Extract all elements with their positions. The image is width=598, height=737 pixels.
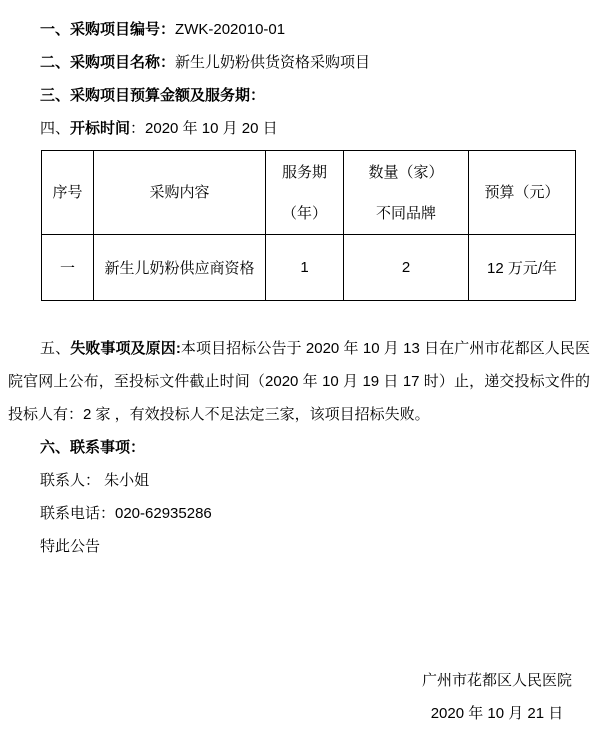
item-prefix: 四、 (40, 120, 70, 137)
cell-seq: 一 (42, 235, 94, 301)
header-seq-line1: 序号 (42, 172, 93, 213)
procurement-number-label: 采购项目编号： (70, 21, 175, 38)
header-budget: 预算（元） (469, 151, 576, 235)
item-prefix: 三、 (40, 87, 70, 104)
contact-heading-label: 联系事项： (70, 439, 145, 456)
procurement-number-value: ZWK-202010-01 (175, 21, 285, 38)
item-prefix: 六、 (40, 439, 70, 456)
header-quantity-line1: 数量（家） (344, 152, 468, 193)
section-failure-reason: 五、失败事项及原因:本项目招标公告于 2020 年 10 月 13 日在广州市花… (8, 332, 590, 431)
item-prefix: 一、 (40, 21, 70, 38)
cell-budget: 12 万元/年 (469, 235, 576, 301)
footer-date: 2020 年 10 月 21 日 (422, 697, 572, 730)
header-content-line1: 采购内容 (94, 172, 265, 213)
item-prefix: 二、 (40, 54, 70, 71)
item-procurement-number: 一、采购项目编号：ZWK-202010-01 (8, 13, 590, 46)
procurement-name-value: 新生儿奶粉供货资格采购项目 (175, 54, 370, 71)
table-header-row: 序号 采购内容 服务期 （年） 数量（家） 不同品牌 预算（元） (42, 151, 576, 235)
item-opening-time: 四、开标时间：2020 年 10 月 20 日 (8, 112, 590, 145)
header-service-period: 服务期 （年） (266, 151, 344, 235)
procurement-name-label: 采购项目名称： (70, 54, 175, 71)
cell-service-period: 1 (266, 235, 344, 301)
failure-reason-label: 失败事项及原因: (70, 340, 181, 357)
header-seq: 序号 (42, 151, 94, 235)
item-procurement-name: 二、采购项目名称：新生儿奶粉供货资格采购项目 (8, 46, 590, 79)
opening-time-label: 开标时间 (70, 120, 130, 137)
header-service-period-line1: 服务期 (266, 152, 343, 193)
header-service-period-line2: （年） (266, 193, 343, 234)
document-page: 一、采购项目编号：ZWK-202010-01 二、采购项目名称：新生儿奶粉供货资… (0, 0, 598, 730)
opening-time-value: ：2020 年 10 月 20 日 (130, 120, 278, 137)
header-budget-line1: 预算（元） (469, 172, 575, 213)
item-budget-heading: 三、采购项目预算金额及服务期： (8, 79, 590, 112)
header-quantity: 数量（家） 不同品牌 (344, 151, 469, 235)
contact-phone: 联系电话：020-62935286 (8, 497, 590, 530)
cell-content: 新生儿奶粉供应商资格 (94, 235, 266, 301)
item-prefix: 五、 (40, 340, 70, 357)
header-quantity-line2: 不同品牌 (344, 193, 468, 234)
budget-table: 序号 采购内容 服务期 （年） 数量（家） 不同品牌 预算（元） (41, 150, 576, 301)
signature-block: 广州市花都区人民医院 2020 年 10 月 21 日 (422, 664, 572, 730)
cell-quantity: 2 (344, 235, 469, 301)
contact-person: 联系人： 朱小姐 (8, 464, 590, 497)
budget-heading-label: 采购项目预算金额及服务期： (70, 87, 265, 104)
header-content: 采购内容 (94, 151, 266, 235)
closing-statement: 特此公告 (8, 530, 590, 563)
table-data-row: 一 新生儿奶粉供应商资格 1 2 12 万元/年 (42, 235, 576, 301)
section-contact-heading: 六、联系事项： (8, 431, 590, 464)
footer-organization: 广州市花都区人民医院 (422, 664, 572, 697)
